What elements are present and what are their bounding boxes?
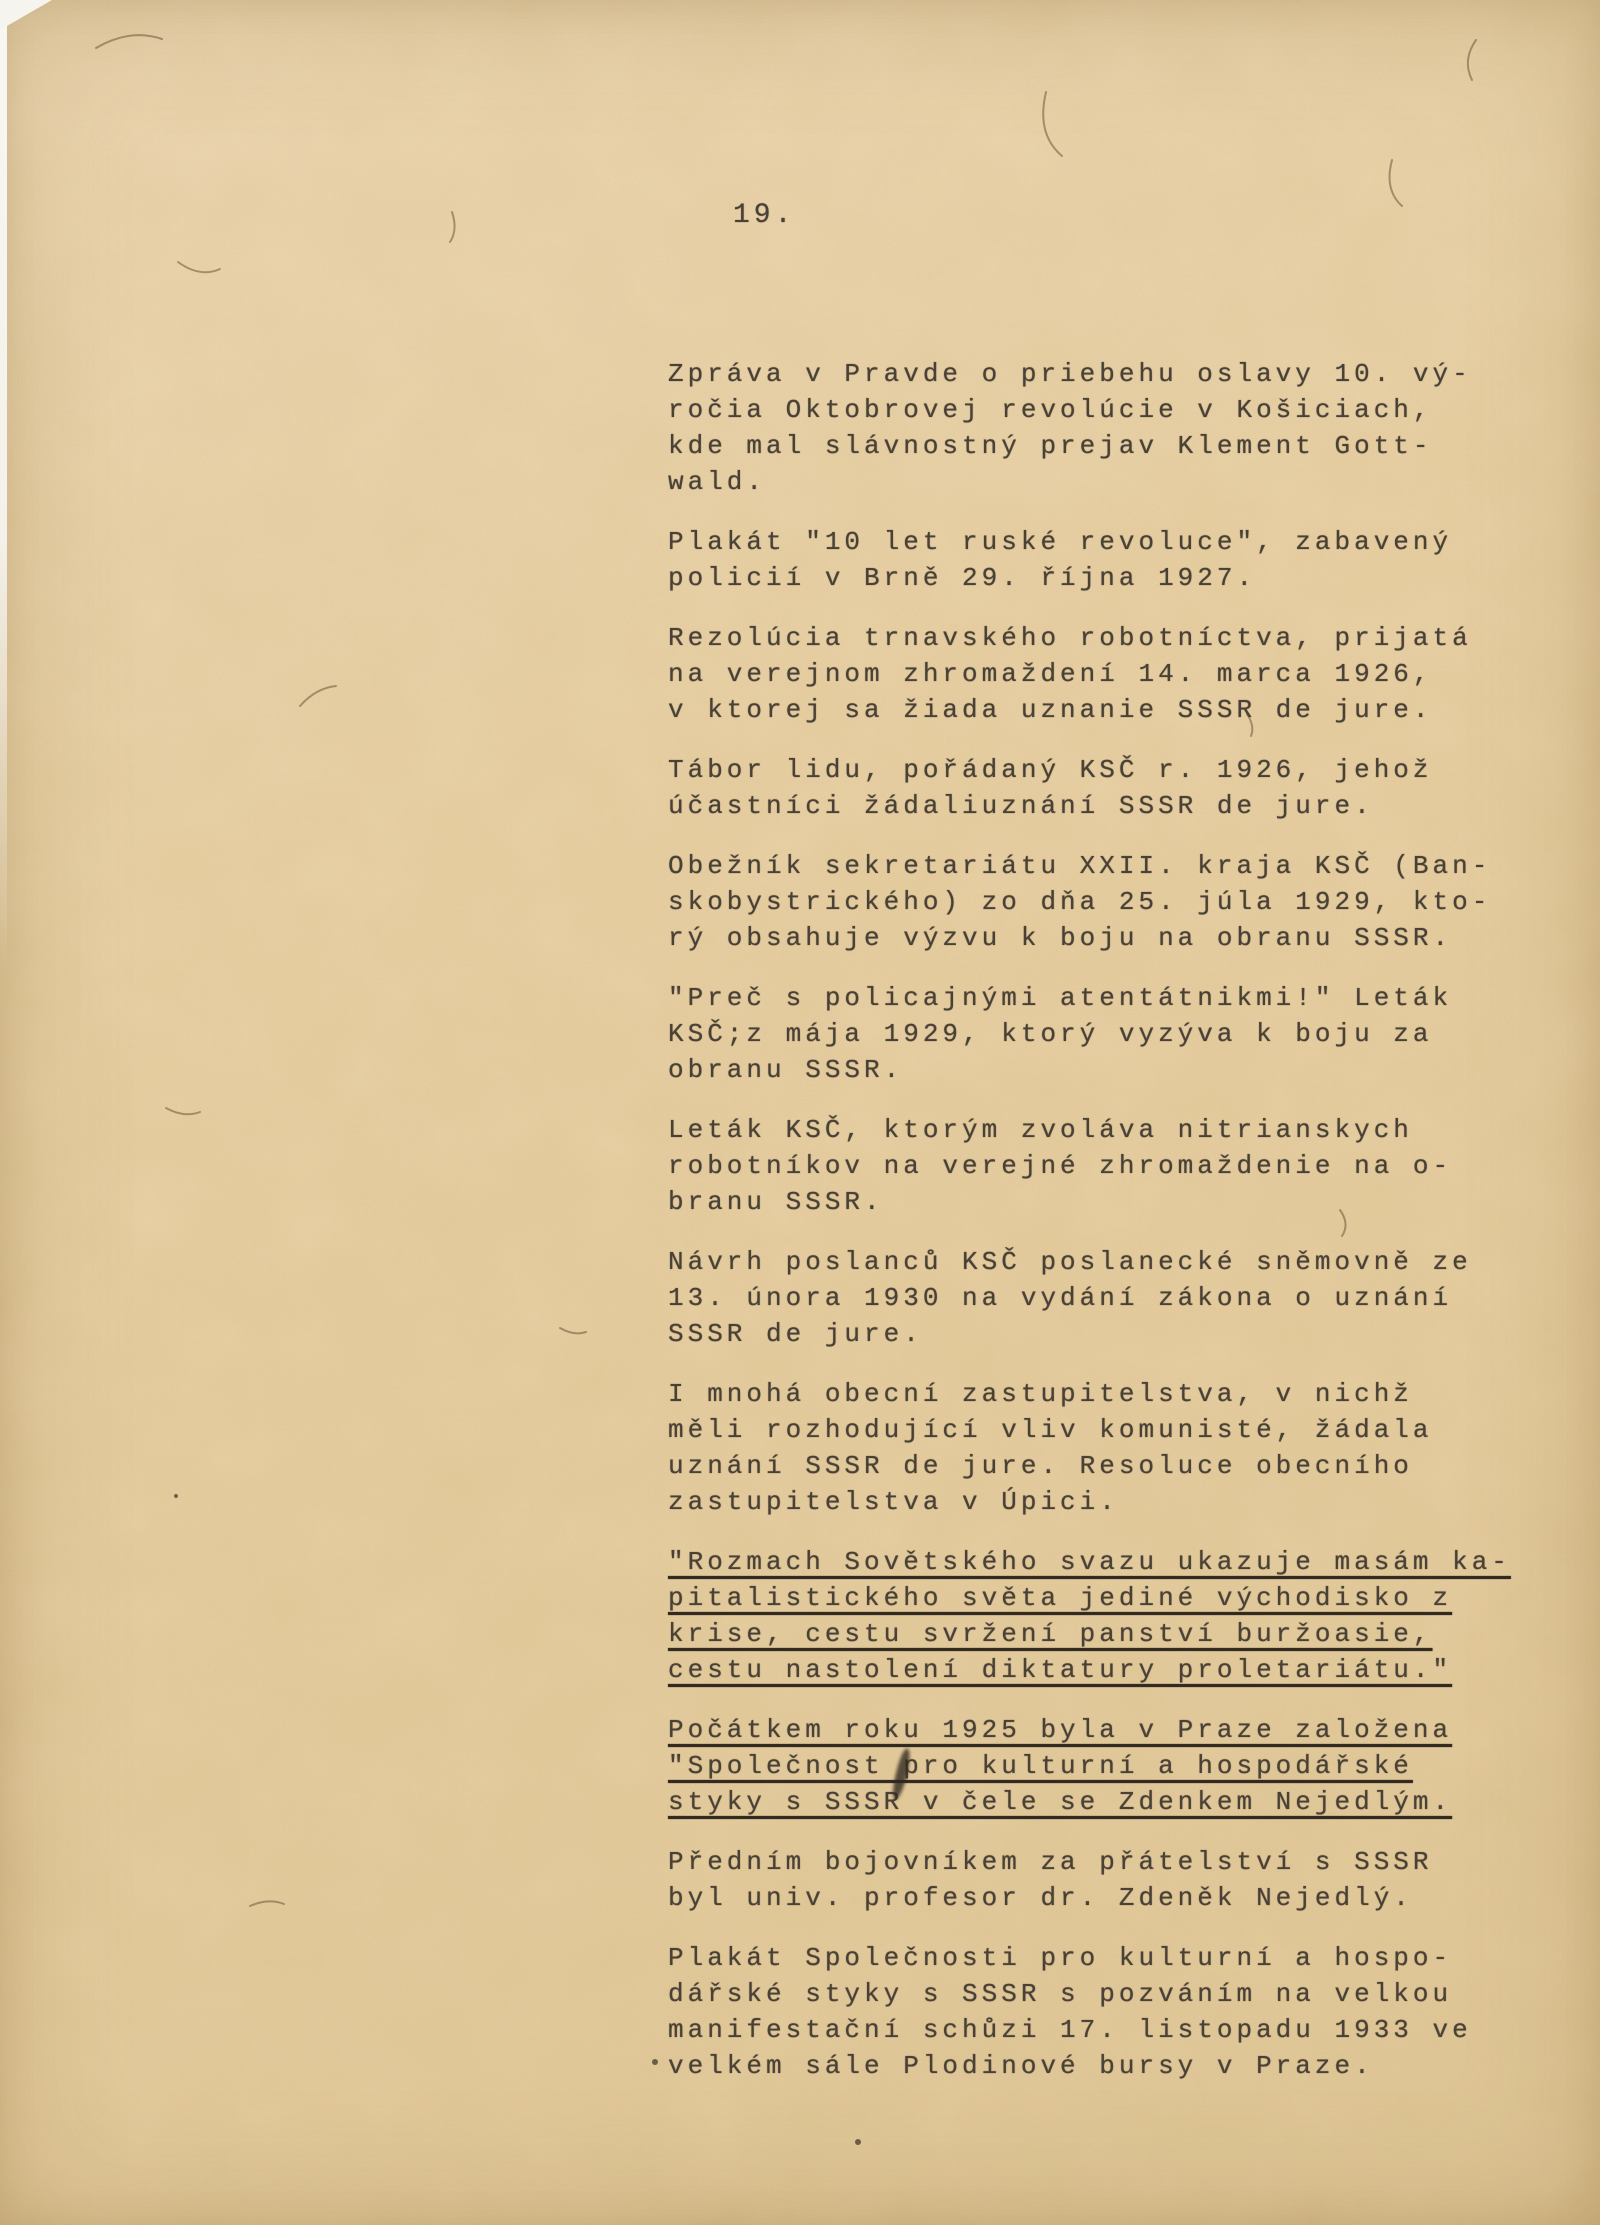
paper-sheet: 19. Zpráva v Pravde o priebehu oslavy 10… bbox=[0, 0, 1600, 2225]
paragraph: Rezolúcia trnavského robotníctva, prijat… bbox=[668, 620, 1518, 728]
paragraph: Tábor lidu, pořádaný KSČ r. 1926, jehož … bbox=[668, 752, 1518, 824]
paragraph: Plakát Společnosti pro kulturní a hospo-… bbox=[668, 1940, 1518, 2084]
page-number: 19. bbox=[733, 200, 795, 231]
paragraph: Obežník sekretariátu XXII. kraja KSČ (Ba… bbox=[668, 848, 1518, 956]
text-column: Zpráva v Pravde o priebehu oslavy 10. vý… bbox=[668, 356, 1518, 2108]
corner-curl bbox=[0, 0, 52, 30]
paragraph: I mnohá obecní zastupitelstva, v nichž m… bbox=[668, 1376, 1518, 1520]
scanner-edge bbox=[0, 0, 7, 980]
paragraph: Zpráva v Pravde o priebehu oslavy 10. vý… bbox=[668, 356, 1518, 500]
paragraph: Předním bojovníkem za přátelství s SSSR … bbox=[668, 1844, 1518, 1916]
paragraph-underlined: Počátkem roku 1925 byla v Praze založena… bbox=[668, 1712, 1518, 1820]
scanned-document: 19. Zpráva v Pravde o priebehu oslavy 10… bbox=[0, 0, 1600, 2225]
paragraph-underlined: "Rozmach Sovětského svazu ukazuje masám … bbox=[668, 1544, 1518, 1688]
paragraph: Plakát "10 let ruské revoluce", zabavený… bbox=[668, 524, 1518, 596]
paragraph: Leták KSČ, ktorým zvoláva nitrianskych r… bbox=[668, 1112, 1518, 1220]
paragraph: Návrh poslanců KSČ poslanecké sněmovně z… bbox=[668, 1244, 1518, 1352]
paragraph: "Preč s policajnými atentátnikmi!" Leták… bbox=[668, 980, 1518, 1088]
